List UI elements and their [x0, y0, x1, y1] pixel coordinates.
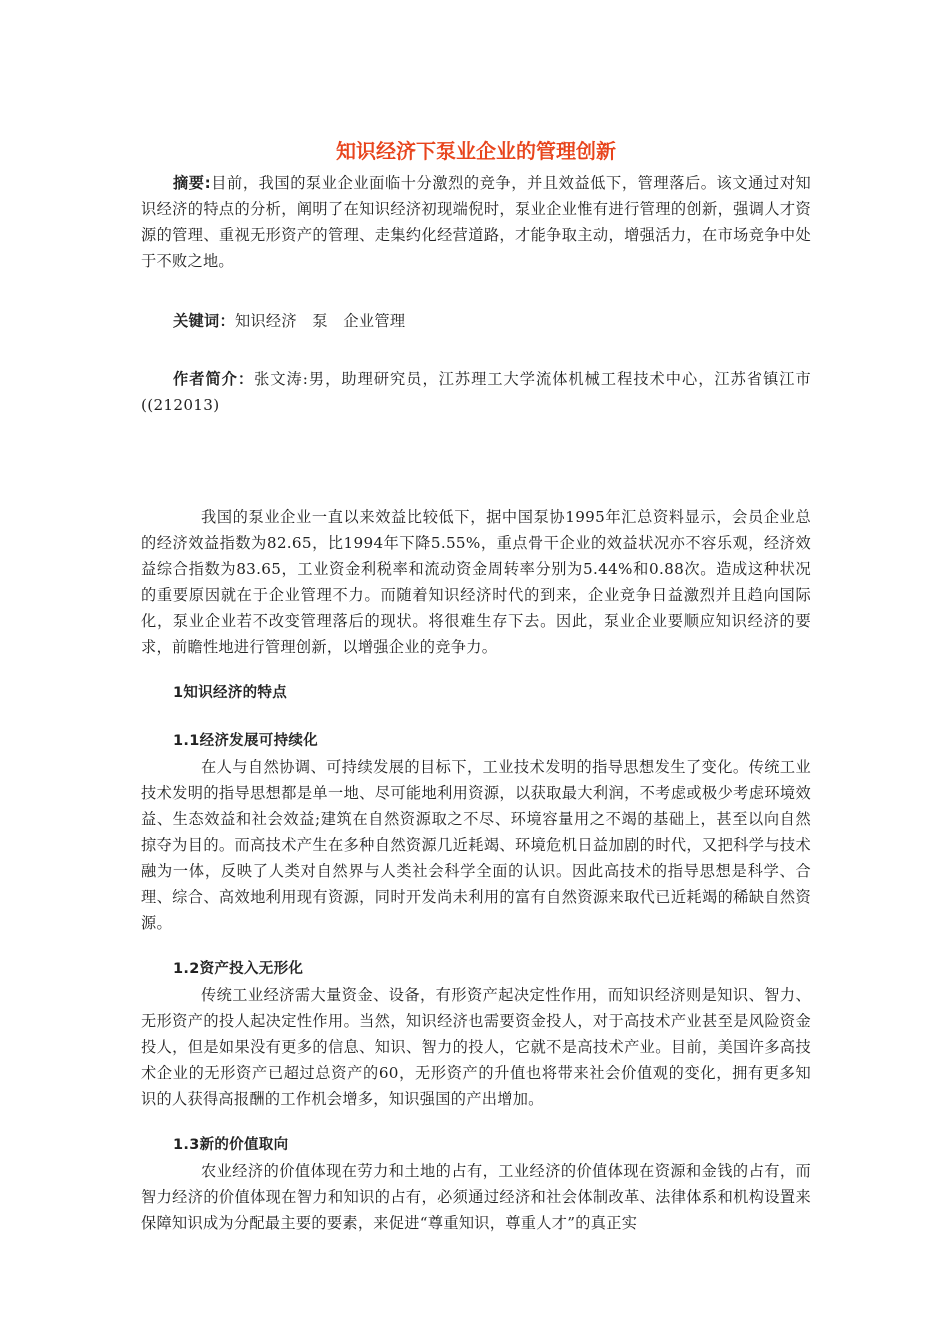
keywords-label: 关键词：	[173, 312, 235, 330]
keywords-paragraph: 关键词：知识经济 泵 企业管理	[141, 308, 811, 334]
subsection-1-2-text: 传统工业经济需大量资金、设备，有形资产起决定性作用，而知识经济则是知识、智力、无…	[141, 982, 811, 1112]
author-label: 作者简介：	[173, 370, 254, 388]
subsection-heading-1-1: 1.1经济发展可持续化	[141, 728, 811, 754]
document-page: 知识经济下泵业企业的管理创新 摘要:目前，我国的泵业企业面临十分激烈的竞争，并且…	[141, 132, 811, 1236]
subsection-heading-1-2: 1.2资产投入无形化	[141, 956, 811, 982]
subsection-heading-1-3: 1.3新的价值取向	[141, 1132, 811, 1158]
subsection-1-1-text: 在人与自然协调、可持续发展的目标下，工业技术发明的指导思想发生了变化。传统工业技…	[141, 754, 811, 936]
section-heading-1: 1知识经济的特点	[141, 680, 811, 706]
intro-paragraph: 我国的泵业企业一直以来效益比较低下，据中国泵协1995年汇总资料显示，会员企业总…	[141, 504, 811, 660]
abstract-text: 目前，我国的泵业企业面临十分激烈的竞争，并且效益低下，管理落后。该文通过对知识经…	[141, 174, 811, 270]
document-title: 知识经济下泵业企业的管理创新	[141, 132, 811, 170]
abstract-paragraph: 摘要:目前，我国的泵业企业面临十分激烈的竞争，并且效益低下，管理落后。该文通过对…	[141, 170, 811, 274]
subsection-1-3-text: 农业经济的价值体现在劳力和土地的占有，工业经济的价值体现在资源和金钱的占有，而智…	[141, 1158, 811, 1236]
abstract-label: 摘要:	[173, 174, 211, 192]
keywords-text: 知识经济 泵 企业管理	[235, 312, 405, 330]
author-paragraph: 作者简介：张文涛:男，助理研究员，江苏理工大学流体机械工程技术中心，江苏省镇江市…	[141, 366, 811, 418]
